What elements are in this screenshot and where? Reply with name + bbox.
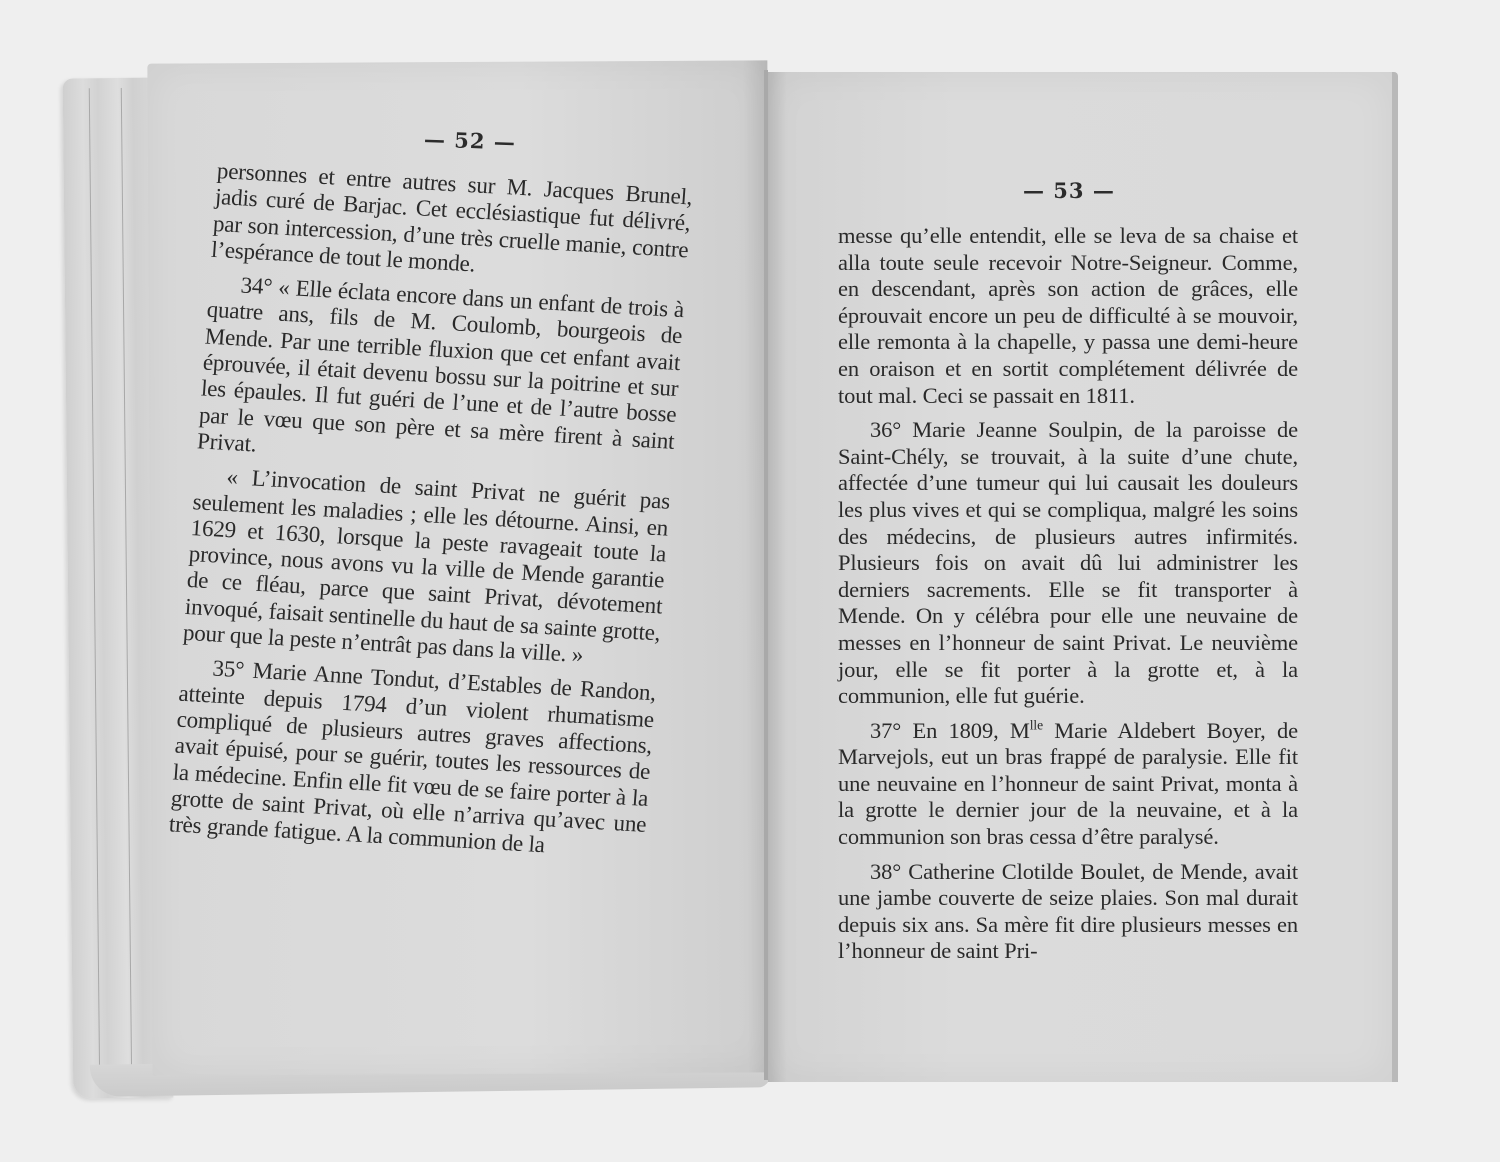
item-text: Marie Anne Tondut, d’Estables de Randon,… (168, 658, 657, 857)
item-number: 37° (870, 718, 901, 743)
paragraph-item-37: 37° En 1809, Mlle Marie Aldebert Boyer, … (838, 718, 1298, 851)
right-page-text: messe qu’elle entendit, elle se leva de … (838, 223, 1298, 965)
page-number-right: — 53 — (1023, 178, 1115, 203)
item-number: 36° (870, 417, 901, 442)
paragraph-item-35: 35° Marie Anne Tondut, d’Estables de Ran… (168, 654, 657, 864)
item-superscript: lle (1030, 717, 1043, 732)
left-page-text: personnes et entre autres sur M. Jacques… (168, 158, 693, 864)
item-number: 38° (870, 859, 901, 884)
item-text: Catherine Clotilde Boulet, de Mende, ava… (838, 859, 1298, 964)
paragraph-continuation: messe qu’elle entendit, elle se leva de … (838, 223, 1298, 409)
item-number: 34° (240, 273, 273, 300)
item-text: Marie Jeanne Soulpin, de la paroisse de … (838, 417, 1298, 708)
book-gutter (764, 70, 768, 1080)
item-text: « Elle éclata encore dans un enfant de t… (196, 275, 685, 457)
paragraph-item-36: 36° Marie Jeanne Soulpin, de la paroisse… (838, 417, 1298, 710)
page-number-left: — 52 — (424, 126, 517, 154)
paragraph-item-34: 34° « Elle éclata encore dans un enfant … (196, 271, 685, 481)
paragraph-invocation: « L’invocation de saint Privat ne guérit… (182, 462, 671, 672)
item-number: 35° (212, 656, 245, 683)
item-prefix: En 1809, M (912, 718, 1029, 743)
item-text: Marie Aldebert Boyer, de Marvejols, eut … (838, 718, 1298, 849)
paragraph-item-38: 38° Catherine Clotilde Boulet, de Mende,… (838, 859, 1298, 965)
